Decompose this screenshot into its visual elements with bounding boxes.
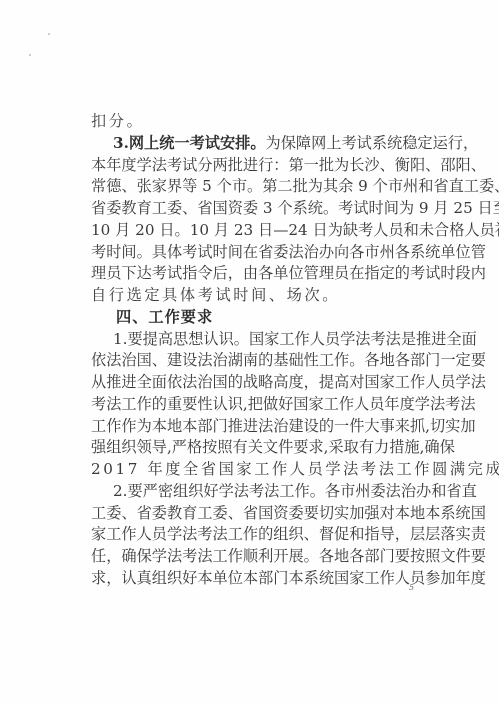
section-heading-work-requirements: 四、工作要求	[91, 307, 417, 329]
line-text: 工委、省委教育工委、省国资委要切实加强对本地本系统国	[91, 504, 486, 522]
line-text: 自行选定具体考试时间、场次。	[91, 286, 340, 304]
scan-speck	[29, 54, 31, 56]
line-text: 常德、张家界等 5 个市。第二批为其余 9 个市州和省直工委、	[91, 177, 499, 195]
text-line: 省委教育工委、省国资委 3 个系统。考试时间为 9 月 25 日至	[91, 198, 417, 220]
text-line: 依法治国、建设法治湖南的基础性工作。各地各部门一定要	[91, 350, 417, 372]
text-line: 从推进全面依法治国的战略高度，提高对国家工作人员学法	[91, 372, 417, 394]
heading-text: 四、工作要求	[116, 308, 213, 326]
text-line: 理员下达考试指令后，由各单位管理员在指定的考试时段内	[91, 263, 417, 285]
line-text: 从推进全面依法治国的战略高度，提高对国家工作人员学法	[91, 373, 486, 391]
text-line: 工委、省委教育工委、省国资委要切实加强对本地本系统国	[91, 503, 417, 525]
line-text: 扣分。	[91, 112, 144, 130]
line-text: 2017 年度全省国家工作人员学法考法工作圆满完成。	[91, 460, 499, 478]
line-text: 求，认真组织好本单位本部门本系统国家工作人员参加年度	[91, 569, 486, 587]
line-text: 10 月 20 日。10 月 23 日—24 日为缺考人员和未合格人员补	[91, 221, 499, 239]
text-line: 家工作人员学法考法工作的组织、督促和指导，层层落实责	[91, 524, 417, 546]
text-line: 考法工作的重要性认识,把做好国家工作人员年度学法考法	[91, 394, 417, 416]
line-text: 省委教育工委、省国资委 3 个系统。考试时间为 9 月 25 日至	[91, 199, 499, 217]
text-line: 本年度学法考试分两批进行：第一批为长沙、衡阳、邵阳、	[91, 155, 417, 177]
section-3-first-line: 3.网上统一考试安排。为保障网上考试系统稳定运行，	[91, 133, 417, 155]
line-text: 强组织领导,严格按照有关文件要求,采取有力措施,确保	[91, 438, 455, 456]
line-text: 依法治国、建设法治湖南的基础性工作。各地各部门一定要	[91, 351, 486, 369]
line-text: 理员下达考试指令后，由各单位管理员在指定的考试时段内	[91, 264, 486, 282]
line-text: 家工作人员学法考法工作的组织、督促和指导，层层落实责	[91, 525, 486, 543]
text-line: 自行选定具体考试时间、场次。	[91, 285, 417, 307]
text-line: 10 月 20 日。10 月 23 日—24 日为缺考人员和未合格人员补	[91, 220, 417, 242]
requirement-2-first-line: 2.要严密组织好学法考法工作。各市州委法治办和省直	[91, 481, 417, 503]
line-text: 2.要严密组织好学法考法工作。各市州委法治办和省直	[113, 482, 477, 500]
line-text: 考法工作的重要性认识,把做好国家工作人员年度学法考法	[91, 395, 476, 413]
text-line: 工作作为本地本部门推进法治建设的一件大事来抓,切实加	[91, 416, 417, 438]
text-line: 考时间。具体考试时间在省委法治办向各市州各系统单位管	[91, 242, 417, 264]
document-body: 扣分。 3.网上统一考试安排。为保障网上考试系统稳定运行， 本年度学法考试分两批…	[91, 111, 417, 590]
line-text: 任，确保学法考法工作顺利开展。各地各部门要按照文件要	[91, 547, 486, 565]
text-line: 求，认真组织好本单位本部门本系统国家工作人员参加年度	[91, 568, 417, 590]
scan-speck	[48, 33, 50, 35]
requirement-1-first-line: 1.要提高思想认识。国家工作人员学法考法是推进全面	[91, 329, 417, 351]
text-line: 任，确保学法考法工作顺利开展。各地各部门要按照文件要	[91, 546, 417, 568]
line-text: 本年度学法考试分两批进行：第一批为长沙、衡阳、邵阳、	[91, 156, 486, 174]
text-line: 常德、张家界等 5 个市。第二批为其余 9 个市州和省直工委、	[91, 176, 417, 198]
line-text: 1.要提高思想认识。国家工作人员学法考法是推进全面	[113, 330, 477, 348]
line-text: 工作作为本地本部门推进法治建设的一件大事来抓,切实加	[91, 417, 476, 435]
document-page: 扣分。 3.网上统一考试安排。为保障网上考试系统稳定运行， 本年度学法考试分两批…	[0, 0, 499, 706]
page-number: 5	[409, 583, 414, 592]
line-text: 为保障网上考试系统稳定运行，	[266, 134, 479, 152]
text-line: 扣分。	[91, 111, 417, 133]
line-text: 考时间。具体考试时间在省委法治办向各市州各系统单位管	[91, 243, 486, 261]
section-3-title: 3.网上统一考试安排。	[113, 134, 266, 152]
text-line: 2017 年度全省国家工作人员学法考法工作圆满完成。	[91, 459, 417, 481]
text-line: 强组织领导,严格按照有关文件要求,采取有力措施,确保	[91, 437, 417, 459]
